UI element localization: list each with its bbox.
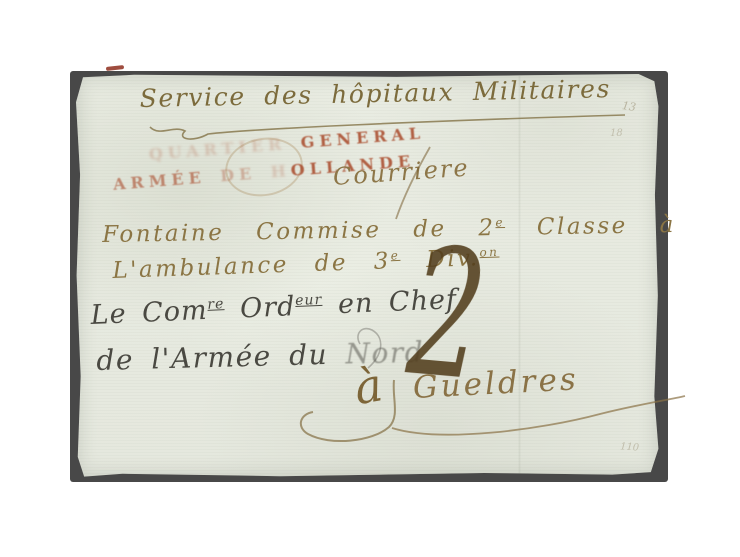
- handstamp-word-armee: ARMÉE: [112, 168, 206, 194]
- pencil-annotation-top-right-2: 18: [610, 128, 623, 139]
- superscript-eur: eur: [295, 292, 323, 309]
- sender-line-1-b: Ord: [224, 291, 296, 325]
- superscript-e: e: [495, 215, 505, 229]
- handstamp-word-de: DE: [219, 164, 256, 186]
- pencil-annotation-top-right: 13: [621, 99, 637, 114]
- auction-photo: Service des hôpitaux Militaires QUARTIER…: [0, 0, 740, 557]
- handstamp-word-h: H: [270, 161, 292, 182]
- address-line-1-tail: Classe à: [505, 212, 676, 241]
- sender-line-2-a: de l'Armée du: [96, 337, 346, 377]
- pencil-annotation-bottom-right: 110: [620, 441, 640, 453]
- paper-crease: [518, 76, 521, 474]
- superscript-re: re: [207, 296, 225, 313]
- sender-line-1-a: Le Com: [90, 295, 208, 331]
